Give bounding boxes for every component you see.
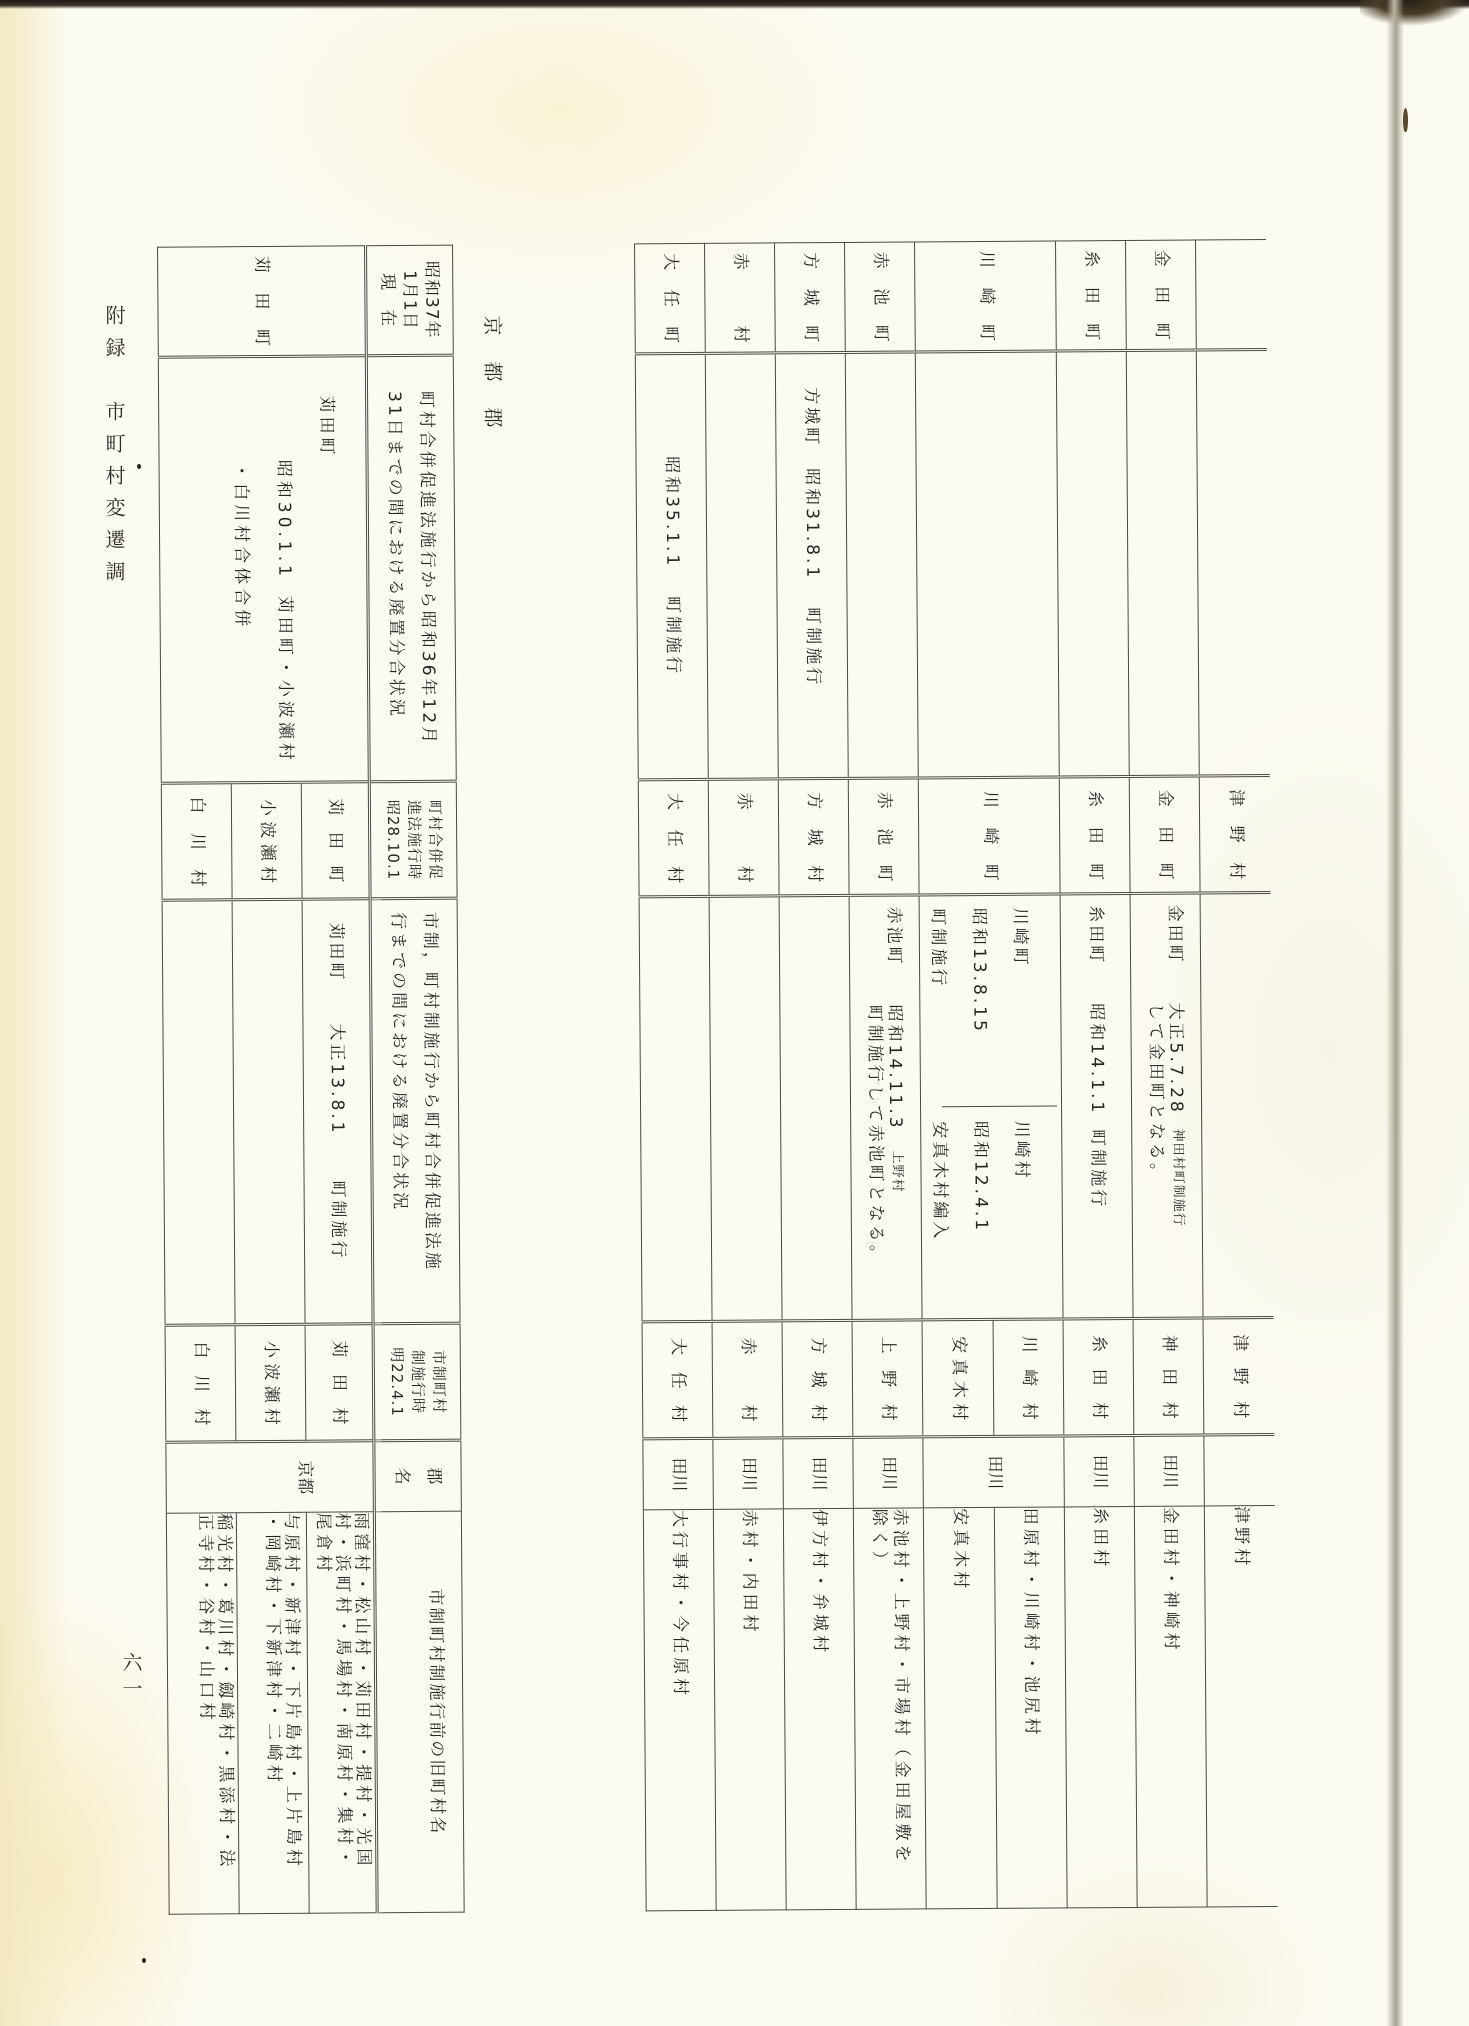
- cell-pre-merger-change: 苅田町大正13.8.1町制施行: [302, 899, 373, 1324]
- current-municipality-name: 大任町: [660, 253, 682, 343]
- old-villages-text: 赤村・内田村: [739, 1510, 760, 1636]
- event-town: 方城町: [801, 387, 823, 468]
- current-municipality-name: 赤池町: [870, 252, 892, 342]
- at-municipal-system-name: 大任村: [667, 1338, 689, 1422]
- change-event: 金田町大正5.7.28神田村町制施行: [1165, 905, 1189, 1317]
- at-merger-act-name: 赤村: [733, 793, 755, 883]
- event-note: 町制施行: [1088, 1129, 1109, 1209]
- current-municipality-name: 苅田町: [251, 256, 273, 346]
- at-municipal-system-name: 津野村: [1228, 1334, 1250, 1418]
- cell-at-municipal-system: 上野村: [853, 1320, 924, 1437]
- change-event: 糸田町昭和14.1.1町制施行: [1085, 905, 1109, 1317]
- event-date: 昭和14.11.3: [885, 1005, 906, 1151]
- change-event: 方城町昭和31.8.1町制施行: [801, 387, 825, 777]
- old-villages-line: 除く）: [868, 1509, 892, 1909]
- cell-pre-merger-change: 赤池町昭和14.11.3上野村 町制施行して赤池町となる。: [850, 895, 923, 1320]
- event-town: 赤池町: [884, 907, 905, 1005]
- header-current: 昭和37年 1月1日 現 在: [366, 245, 454, 356]
- change-events-wrapper: 川崎町 昭和13.8.15 町制施行 川崎村 昭和12.4.1 安真木村編入: [920, 895, 1063, 1318]
- cell-at-merger-act: 川崎町: [919, 777, 1061, 895]
- district-name: 田川: [1160, 1454, 1180, 1488]
- at-municipal-system-name: 糸田村: [1088, 1335, 1110, 1419]
- event-date: 昭和14.1.1: [1086, 1003, 1108, 1129]
- header-old-villages: 市制町村制施行前の旧町村名: [374, 1511, 464, 1913]
- cell-current-municipality: 金田町: [1126, 240, 1197, 350]
- scan-page-edge-right: [1386, 0, 1404, 2026]
- cell-merger-change: [706, 353, 779, 779]
- change-event: 川崎町 昭和13.8.15 町制施行: [920, 908, 1041, 1035]
- event-town: 苅田町: [325, 922, 347, 1023]
- cell-old-villages: 安真木村: [924, 1507, 997, 1908]
- event-date: 昭和13.8.15: [958, 908, 1000, 1034]
- old-villages-text: 田原村・川崎村・池尻村: [1020, 1508, 1042, 1739]
- district-name: 京都: [295, 1460, 315, 1494]
- header-line: 町村合併促: [424, 783, 446, 897]
- event-date: 昭和30.1.1: [262, 460, 306, 596]
- cell-current-municipality: 赤池町: [845, 242, 916, 352]
- table-row: 苅田町 苅田町 昭和30.1.1苅田町・小波瀬村 ・白川村合体合併 苅田町 苅田…: [298, 246, 378, 1913]
- cell-district: 田川: [713, 1438, 783, 1509]
- scan-paper-tint-left: [0, 0, 70, 2026]
- at-merger-act-name: 大任村: [663, 793, 685, 883]
- cell-at-municipal-system: 白川村: [165, 1325, 236, 1442]
- header-merger-change: 町村合併促進法施行から昭和36年12月 31日までの間における廃置分合状況: [366, 355, 456, 782]
- current-municipality-name: [1227, 249, 1228, 339]
- old-villages-line: 尾倉村: [313, 1513, 335, 1913]
- event-note: 町制施行: [328, 1180, 349, 1260]
- at-merger-act-name: 津野村: [1225, 789, 1247, 879]
- kyoto-table: 昭和37年 1月1日 現 在 町村合併促進法施行から昭和36年12月 31日まで…: [157, 245, 465, 1915]
- header-district: 郡 名: [374, 1440, 461, 1512]
- cell-divider: [943, 1105, 1058, 1107]
- scan-ink-mark: [1403, 108, 1408, 132]
- at-merger-act-name: 糸田町: [1084, 790, 1106, 880]
- cell-pre-merger-change: [1201, 892, 1274, 1317]
- cell-merger-change: [1127, 350, 1200, 776]
- section-heading-kyoto-gun: 京都郡: [481, 315, 506, 453]
- event-date: 大正13.8.1: [326, 1023, 348, 1180]
- district-name: 田川: [984, 1455, 1004, 1489]
- page-number: 六一: [117, 1652, 146, 1704]
- event-date: 昭和31.8.1: [801, 468, 823, 607]
- header-line: 名: [386, 1442, 418, 1511]
- cell-old-villages: 金田村・神崎村: [1135, 1506, 1208, 1907]
- cell-district: 田川: [643, 1438, 713, 1509]
- event-town: 川崎村: [1001, 1121, 1043, 1241]
- at-merger-act-name: 赤池町: [873, 792, 895, 882]
- district-name: 田川: [809, 1457, 829, 1491]
- scan-edge-shadow-top: [0, 0, 1469, 9]
- cell-pre-merger-change: 糸田町昭和14.1.1町制施行: [1061, 893, 1134, 1318]
- old-villages-line: 与原村・新津村・下片島村・上片島村: [281, 1513, 303, 1913]
- old-villages-text: 金田村・神崎村: [1160, 1507, 1181, 1654]
- cell-district: 田川: [923, 1436, 1064, 1508]
- at-municipal-system-name: 上野村: [877, 1337, 899, 1421]
- event-note: 町制施行: [803, 607, 824, 687]
- table-row: 金田町 金田町 金田町大正5.7.28神田村町制施行 して金田町となる。 神田村…: [1126, 240, 1208, 1907]
- event-note: 安真木村編入: [920, 1121, 961, 1241]
- district-name: 田川: [739, 1457, 759, 1491]
- event-note: 上野村: [890, 1151, 905, 1193]
- cell-current-municipality: 糸田町: [1056, 240, 1127, 350]
- at-merger-act-name: 金田町: [1154, 790, 1176, 880]
- cell-current-municipality: [1196, 239, 1267, 349]
- old-villages-line: 稲光村・葛川村・劔崎村・黒添村・法: [214, 1513, 236, 1913]
- cell-merger-change: 方城町昭和31.8.1町制施行: [776, 352, 849, 778]
- cell-at-municipal-system: 神田村: [1134, 1318, 1205, 1435]
- old-villages-text: 大行事村・今任原村: [669, 1510, 690, 1699]
- cell-merger-change: [916, 351, 1060, 778]
- event-note: 苅田町・小波瀬村: [274, 596, 295, 764]
- at-municipal-system-name: 苅田村: [328, 1340, 350, 1424]
- table-row: 赤池町 赤池町 赤池町昭和14.11.3上野村 町制施行して赤池町となる。 上野…: [845, 242, 927, 1909]
- cell-at-municipal-system: 苅田村: [305, 1324, 374, 1441]
- cell-pre-merger-change: [232, 899, 305, 1324]
- cell-old-villages: 田原村・川崎村・池尻村: [994, 1507, 1067, 1908]
- old-villages-line: ・岡崎村・下新津村・二崎村: [262, 1513, 284, 1913]
- change-event: 苅田町大正13.8.1町制施行: [325, 922, 349, 1322]
- table-row: 大任町 昭和35.1.1町制施行 大任村 大任村 田川 大行事村・今任原村: [635, 243, 717, 1910]
- change-event: 赤池町昭和14.11.3上野村: [884, 907, 908, 1319]
- scan-edge-shadow-corner: [1360, 0, 1469, 26]
- district-name: 田川: [669, 1458, 689, 1492]
- header-line: 行までの間における廃置分合状況: [382, 912, 417, 1322]
- header-line: 市制，町村制施行から町村合併促進法施: [414, 912, 449, 1322]
- cell-pre-merger-change: 川崎町 昭和13.8.15 町制施行 川崎村 昭和12.4.1 安真木村編入: [920, 894, 1064, 1320]
- event-date: 昭和35.1.1: [661, 456, 683, 596]
- cell-district: 田川: [1064, 1435, 1134, 1506]
- at-merger-act-name: 小波瀬村: [256, 799, 278, 883]
- cell-at-merger-act: 苅田町: [301, 782, 370, 899]
- header-line: 明22.4.1: [386, 1325, 408, 1439]
- event-town: 糸田町: [1085, 905, 1107, 1003]
- event-note: 神田村町制施行: [1171, 1129, 1187, 1227]
- cell-at-merger-act: 白川村: [161, 783, 232, 900]
- cell-at-merger-act: 方城村: [779, 778, 850, 895]
- cell-at-merger-act: 大任村: [639, 779, 710, 896]
- old-villages-text: 安真木村: [950, 1508, 971, 1592]
- header-line: 進法施行時: [403, 783, 425, 897]
- header-line: 市制町村: [428, 1325, 450, 1439]
- event-note: ・白川村合体合併: [218, 358, 264, 781]
- header-line: 町村合併促進法施行から昭和36年12月: [411, 391, 446, 780]
- current-municipality-name: 方城町: [800, 252, 822, 342]
- event-note: 町制施行: [920, 908, 959, 1034]
- at-municipal-system-name: 方城村: [807, 1337, 829, 1421]
- cell-current-municipality: 苅田町: [158, 246, 367, 357]
- cell-merger-change: [1057, 350, 1130, 776]
- table-row: 川崎町 川崎町 川崎町 昭和13.8.15 町制施行 川崎村 昭和12.4.1 …: [986, 241, 1068, 1908]
- cell-current-municipality: 大任町: [635, 243, 706, 353]
- cell-current-municipality: 方城町: [775, 242, 846, 352]
- cell-at-municipal-system: 糸田村: [1064, 1318, 1135, 1435]
- event-town: 川崎町: [999, 908, 1041, 1034]
- header-line: 昭和37年: [421, 246, 444, 354]
- cell-pre-merger-change: [710, 896, 783, 1321]
- at-municipal-system-name: 川崎村: [1018, 1336, 1040, 1420]
- at-municipal-system-name: 赤村: [737, 1338, 759, 1422]
- cell-at-merger-act: 津野村: [1200, 775, 1271, 892]
- old-villages-text: 津野村: [1231, 1506, 1251, 1569]
- cell-at-municipal-system: 安真木村: [923, 1319, 994, 1436]
- event-note: 町制施行: [663, 596, 684, 676]
- header-line: 現 在: [377, 246, 400, 354]
- cell-pre-merger-change: 金田町大正5.7.28神田村町制施行 して金田町となる。: [1131, 893, 1204, 1318]
- cell-pre-merger-change: [640, 896, 713, 1321]
- at-municipal-system-name: 白川村: [190, 1341, 212, 1425]
- header-line: 31日までの間における廃置分合状況: [379, 391, 414, 780]
- cell-at-municipal-system: 方城村: [783, 1320, 854, 1437]
- district-name: 田川: [879, 1456, 899, 1490]
- cell-at-merger-act: 糸田町: [1060, 776, 1131, 893]
- cell-at-merger-act: 金田町: [1130, 776, 1201, 893]
- cell-old-villages: 雨窪村・松山村・苅田村・提村・光国 村・浜町村・馬場村・南原村・集村・ 尾倉村: [306, 1512, 377, 1913]
- at-merger-act-name: 白川村: [186, 796, 208, 886]
- cell-at-municipal-system: 川崎村: [993, 1319, 1064, 1436]
- cell-pre-merger-change: [162, 900, 235, 1325]
- cell-merger-change: [846, 352, 919, 778]
- at-municipal-system-name: 安真木村: [947, 1336, 969, 1420]
- rotated-table-sheet: 津野村 津野村 津野村 金田町 金田町 金田町大正5.7.28神田村町制施行 し…: [158, 239, 1278, 1914]
- cell-merger-change: 苅田町 昭和30.1.1苅田町・小波瀬村 ・白川村合体合併: [158, 356, 369, 783]
- table-row: 糸田町 糸田町 糸田町昭和14.1.1町制施行 糸田村 田川 糸田村: [1056, 240, 1138, 1907]
- event-town: 金田町: [1165, 905, 1186, 1003]
- current-municipality-name: 糸田町: [1081, 250, 1103, 340]
- cell-district: 田川: [783, 1437, 853, 1508]
- change-event: 昭和35.1.1町制施行: [661, 456, 684, 778]
- cell-at-municipal-system: 赤村: [713, 1321, 784, 1438]
- scan-dot-mark: [142, 1958, 146, 1963]
- at-merger-act-name: 苅田町: [324, 798, 346, 882]
- old-villages-line: 村・浜町村・馬場村・南原村・集村・: [332, 1512, 354, 1912]
- cell-pre-merger-change: [780, 895, 853, 1320]
- current-municipality-name: 川崎町: [975, 251, 997, 341]
- cell-old-villages: 稲光村・葛川村・劔崎村・黒添村・法 正寺村・谷村・山口村: [166, 1513, 239, 1914]
- old-villages-line: 正寺村・谷村・山口村: [195, 1513, 217, 1913]
- tagawa-table: 津野村 津野村 津野村 金田町 金田町 金田町大正5.7.28神田村町制施行 し…: [635, 239, 1278, 1911]
- header-at-municipal-system: 市制町村 制施行時 明22.4.1: [373, 1323, 461, 1441]
- table-header-row: 昭和37年 1月1日 現 在 町村合併促進法施行から昭和36年12月 31日まで…: [366, 245, 465, 1913]
- header-at-merger-act: 町村合併促 進法施行時 昭28.10.1: [369, 781, 457, 899]
- cell-district: 京都: [166, 1441, 374, 1513]
- header-line: 郡: [418, 1442, 450, 1511]
- at-merger-act-name: 川崎町: [979, 791, 1001, 881]
- cell-at-municipal-system: 小波瀬村: [235, 1324, 306, 1441]
- cell-current-municipality: 赤村: [705, 243, 776, 353]
- cell-district: 田川: [1134, 1435, 1204, 1506]
- running-header: 附録 市町村変遷調: [100, 305, 129, 593]
- change-event: 昭和30.1.1苅田町・小波瀬村: [261, 358, 307, 781]
- old-villages-text: 伊方村・弁城村: [809, 1509, 830, 1656]
- cell-old-villages: 津野村: [1205, 1505, 1278, 1906]
- cell-district: 田川: [853, 1437, 923, 1508]
- cell-old-villages: 赤村・内田村: [714, 1509, 787, 1910]
- header-pre-merger-change: 市制，町村制施行から町村合併促進法施 行までの間における廃置分合状況: [370, 898, 460, 1324]
- cell-old-villages: 赤池村・上野村・市場村（金田屋敷を 除く）: [854, 1508, 927, 1909]
- event-date: 昭和12.4.1: [960, 1121, 1002, 1241]
- header-line: 1月1日: [399, 246, 422, 354]
- current-municipality-name: 金田町: [1151, 250, 1173, 340]
- scan-dot-mark: [137, 464, 141, 469]
- cell-old-villages: 大行事村・今任原村: [644, 1509, 717, 1910]
- header-line: 制施行時: [407, 1325, 429, 1439]
- district-name: 田川: [1090, 1455, 1110, 1489]
- cell-old-villages: 与原村・新津村・下片島村・上片島村 ・岡崎村・下新津村・二崎村: [236, 1512, 309, 1913]
- event-town: 苅田町: [304, 357, 350, 780]
- event-date: 大正5.7.28: [1166, 1003, 1187, 1129]
- table-row: 方城町 方城町昭和31.8.1町制施行 方城村 方城村 田川 伊方村・弁城村: [775, 242, 857, 1909]
- header-line: 昭28.10.1: [382, 783, 404, 897]
- cell-district: [1204, 1434, 1274, 1505]
- cell-at-merger-act: 小波瀬村: [231, 782, 302, 899]
- table-row: 津野村 津野村 津野村: [1196, 239, 1278, 1906]
- at-municipal-system-name: 神田村: [1158, 1335, 1180, 1419]
- cell-at-merger-act: 赤池町: [849, 778, 920, 895]
- at-merger-act-name: 方城村: [803, 792, 825, 882]
- cell-merger-change: [1197, 349, 1270, 775]
- cell-old-villages: 伊方村・弁城村: [784, 1508, 857, 1909]
- cell-at-municipal-system: 津野村: [1204, 1317, 1275, 1434]
- old-villages-line: 赤池村・上野村・市場村（金田屋敷を: [889, 1509, 913, 1909]
- old-villages-text: 糸田村: [1090, 1507, 1110, 1570]
- change-event: 川崎村 昭和12.4.1 安真木村編入: [920, 1121, 1043, 1242]
- current-municipality-name: 赤村: [730, 253, 752, 343]
- table-row: 赤村 赤村 赤村 田川 赤村・内田村: [705, 243, 787, 1910]
- cell-old-villages: 糸田村: [1065, 1506, 1138, 1907]
- cell-current-municipality: 川崎町: [915, 241, 1057, 352]
- cell-at-merger-act: 赤村: [709, 779, 780, 896]
- cell-merger-change: 昭和35.1.1町制施行: [636, 353, 709, 779]
- cell-at-municipal-system: 大任村: [643, 1321, 714, 1438]
- at-municipal-system-name: 小波瀬村: [260, 1341, 282, 1425]
- header-line: 市制町村制施行前の旧町村名: [424, 1512, 448, 1912]
